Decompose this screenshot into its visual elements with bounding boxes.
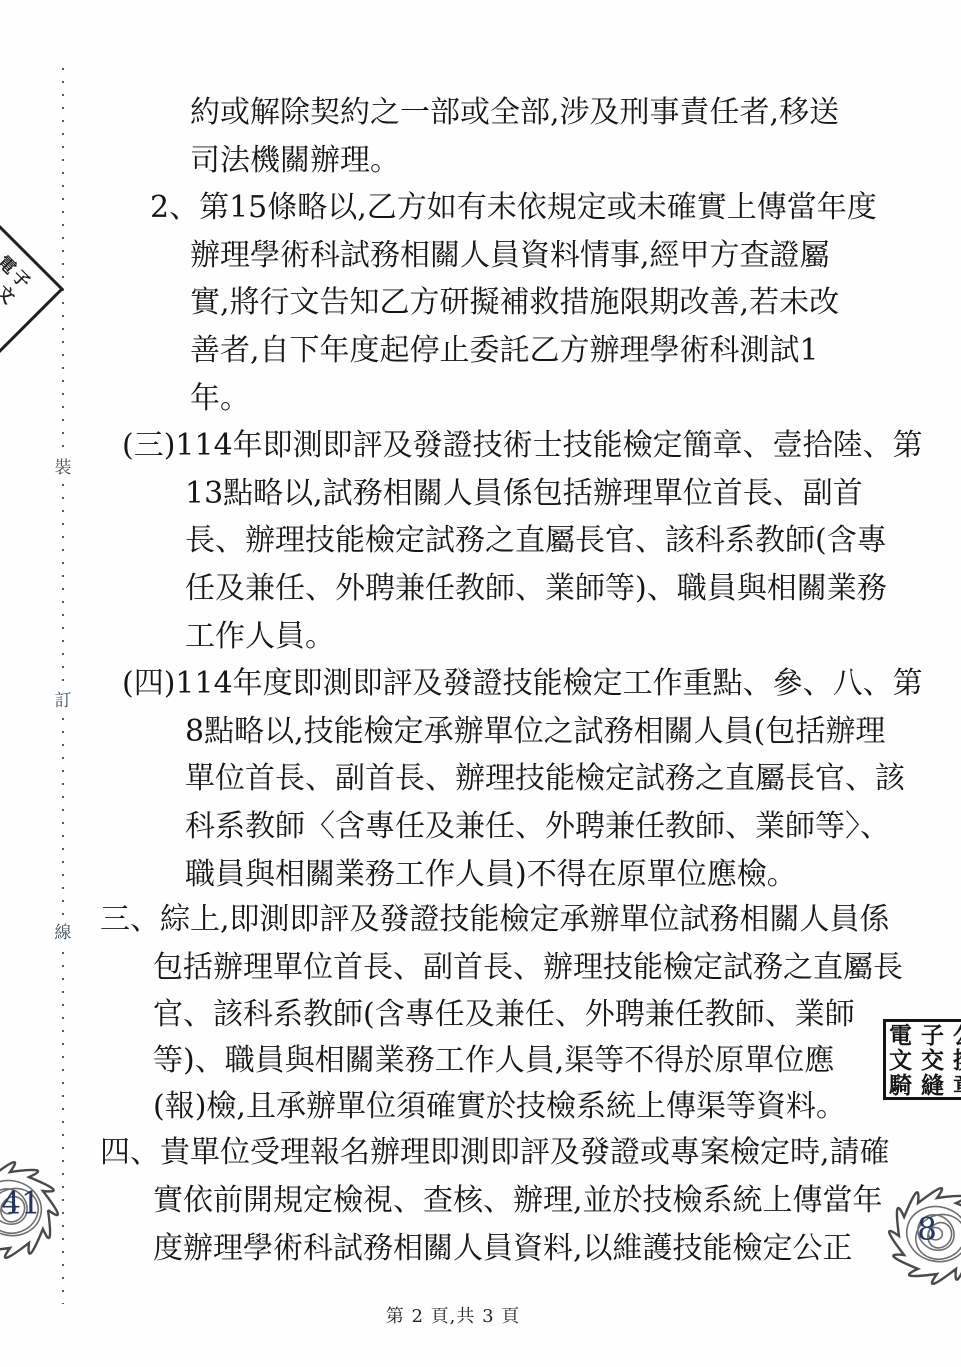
text-line: 任及兼任、外聘兼任教師、業師等)、職員與相關業務 xyxy=(185,572,887,606)
text-line: 8點略以,技能檢定承辦單位之試務相關人員(包括辦理 xyxy=(185,715,885,749)
text-line: 13點略以,試務相關人員係包括辦理單位首長、副首 xyxy=(185,477,863,511)
text-line: 三、綜上,即測即評及發證技能檢定承辦單位試務相關人員係 xyxy=(100,903,890,937)
text-line: (三)114年即測即評及發證技術士技能檢定簡章、壹拾陸、第 xyxy=(122,429,923,463)
electronic-exchange-stamp-text: 電子公文交換 xyxy=(0,252,36,327)
paging-seal-row: 電子公 xyxy=(889,1023,961,1048)
text-line: (四)114年度即測即評及發證技能檢定工作重點、參、八、第 xyxy=(122,667,923,701)
text-line: 等)、職員與相關業務工作人員,渠等不得於原單位應 xyxy=(153,1044,834,1078)
text-line: 辦理學術科試務相關人員資料情事,經甲方查證屬 xyxy=(190,239,830,273)
text-line: 年。 xyxy=(190,382,250,416)
text-line: 長、辦理技能檢定試務之直屬長官、該科系教師(含專 xyxy=(185,524,887,558)
text-line: 度辦理學術科試務相關人員資料,以維護技能檢定公正 xyxy=(153,1232,853,1266)
binding-dotted-line xyxy=(62,68,64,1304)
binding-char: 訂 xyxy=(54,688,73,715)
document-page: 裝訂線 電子公文交換 電子公文交換騎縫章 41 8 約或解除契約之一部或全部,涉… xyxy=(0,0,961,1367)
text-line: 職員與相關業務工作人員)不得在原單位應檢。 xyxy=(185,858,797,892)
text-line: 實依前開規定檢視、查核、辦理,並於技檢系統上傳當年 xyxy=(153,1184,883,1218)
text-line: 工作人員。 xyxy=(185,620,335,654)
electronic-exchange-stamp: 電子公文交換 xyxy=(0,224,64,354)
text-line: 科系教師〈含專任及兼任、外聘兼任教師、業師等〉、 xyxy=(185,810,890,844)
text-line: 2、第15條略以,乙方如有未依規定或未確實上傳當年度 xyxy=(150,191,877,225)
text-line: 司法機關辦理。 xyxy=(190,144,400,178)
text-line: 約或解除契約之一部或全部,涉及刑事責任者,移送 xyxy=(190,96,839,130)
paging-seal-row: 騎縫章 xyxy=(889,1073,961,1098)
text-line: 單位首長、副首長、辦理技能檢定試務之直屬長官、該 xyxy=(185,762,905,796)
binding-char: 裝 xyxy=(54,455,73,482)
text-line: 善者,自下年度起停止委託乙方辦理學術科測試1 xyxy=(190,334,819,368)
paging-seal-stamp: 電子公文交換騎縫章 xyxy=(883,1019,961,1100)
text-line: 實,將行文告知乙方研擬補救措施限期改善,若未改 xyxy=(190,286,839,320)
page-number-left: 41 xyxy=(1,1189,40,1220)
text-line: 四、貴單位受理報名辦理即測即評及發證或專案檢定時,請確 xyxy=(100,1136,890,1170)
paging-seal-row: 文交換 xyxy=(889,1048,961,1073)
page-footer: 第 2 頁,共 3 頁 xyxy=(386,1302,521,1328)
text-line: (報)檢,且承辦單位須確實於技檢系統上傳渠等資料。 xyxy=(153,1090,846,1124)
binding-char: 線 xyxy=(54,920,73,947)
text-line: 包括辦理單位首長、副首長、辦理技能檢定試務之直屬長 xyxy=(153,951,903,985)
text-line: 官、該科系教師(含專任及兼任、外聘兼任教師、業師 xyxy=(153,998,855,1032)
page-number-right: 8 xyxy=(917,1215,937,1246)
